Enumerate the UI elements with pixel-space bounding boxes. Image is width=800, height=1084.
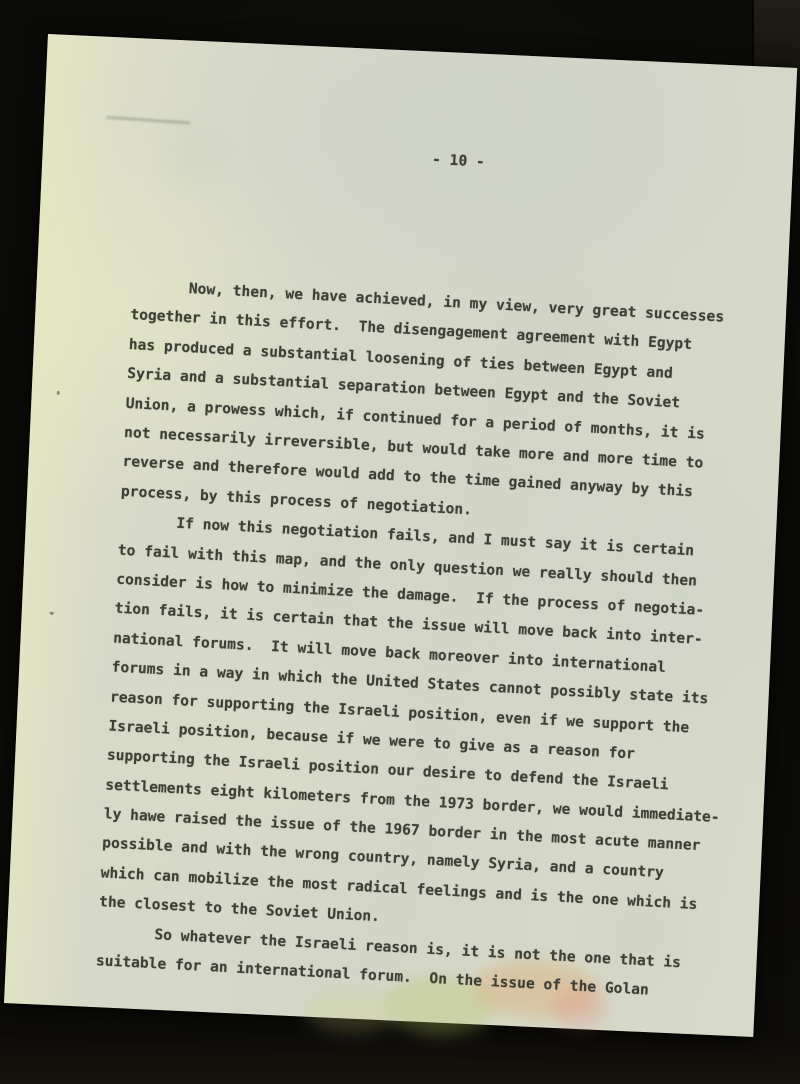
page-number: - 10 - xyxy=(139,129,768,192)
ink-speck xyxy=(57,391,60,395)
ink-speck xyxy=(50,612,54,615)
document-page: - 10 - Now, then, we have achieved, in m… xyxy=(4,34,797,1037)
photo-background: - 10 - Now, then, we have achieved, in m… xyxy=(0,0,800,1084)
typed-text-block: - 10 - Now, then, we have achieved, in m… xyxy=(92,70,770,1067)
document-paragraphs: Now, then, we have achieved, in my view,… xyxy=(95,271,760,1009)
